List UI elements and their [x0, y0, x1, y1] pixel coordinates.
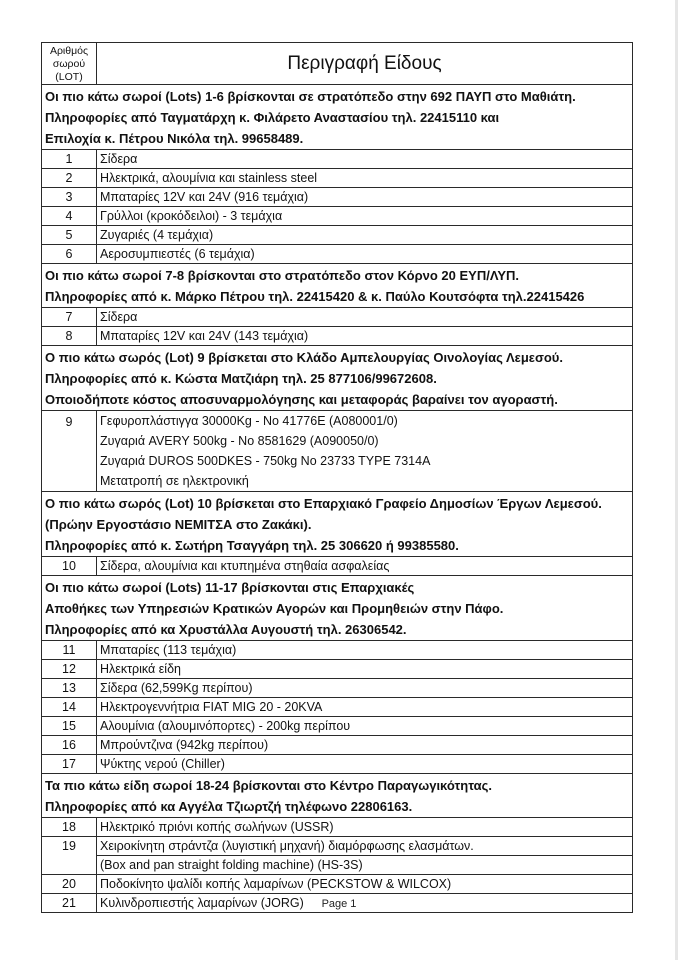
lot-row: 17Ψύκτης νερού (Chiller) — [42, 755, 633, 774]
lot-number: 6 — [42, 245, 97, 264]
lot-row: 9Γεφυροπλάστιγγα 30000Kg - No 41776E (A0… — [42, 411, 633, 492]
lot-number: 1 — [42, 150, 97, 169]
lot-description: Ζυγαριές (4 τεμάχια) — [97, 226, 633, 245]
lots-table: Αριθμός σωρού (LOT) Περιγραφή Είδους Οι … — [41, 42, 633, 913]
lot-description-line: Ποδοκίνητο ψαλίδι κοπής λαμαρίνων (PECKS… — [100, 877, 451, 891]
lot-row: 8Μπαταρίες 12V και 24V (143 τεμάχια) — [42, 327, 633, 346]
table-header-row: Αριθμός σωρού (LOT) Περιγραφή Είδους — [42, 43, 633, 85]
section-info-line: Πληροφορίες από Ταγματάρχη κ. Φιλάρετο Α… — [45, 107, 629, 128]
lot-row: 12Ηλεκτρικά είδη — [42, 660, 633, 679]
lot-number: 3 — [42, 188, 97, 207]
lot-description: Σίδερα — [97, 308, 633, 327]
lot-description-line: Ζυγαριές (4 τεμάχια) — [100, 228, 213, 242]
section-info-line: Οι πιο κάτω σωροί (Lots) 1-6 βρίσκονται … — [45, 86, 629, 107]
lot-description: Μπρούντζινα (942kg περίπου) — [97, 736, 633, 755]
section-info-line: Αποθήκες των Υπηρεσιών Κρατικών Αγορών κ… — [45, 598, 629, 619]
lot-description-line: Ηλεκτρικό πριόνι κοπής σωλήνων (USSR) — [100, 820, 334, 834]
lot-description-line: Μπαταρίες 12V και 24V (916 τεμάχια) — [100, 190, 308, 204]
lot-description: Σίδερα (62,599Kg περίπου) — [97, 679, 633, 698]
lot-row: 10Σίδερα, αλουμίνια και κτυπημένα στηθαί… — [42, 557, 633, 576]
section-info-row: Ο πιο κάτω σωρός (Lot) 9 βρίσκεται στο Κ… — [42, 346, 633, 411]
lot-row: 14Ηλεκτρογεννήτρια FIAT MIG 20 - 20KVA — [42, 698, 633, 717]
lot-number: 4 — [42, 207, 97, 226]
section-info: Οι πιο κάτω σωροί 7-8 βρίσκονται στο στρ… — [42, 264, 633, 308]
lot-number: 2 — [42, 169, 97, 188]
description-header: Περιγραφή Είδους — [97, 43, 633, 85]
section-info: Ο πιο κάτω σωρός (Lot) 10 βρίσκεται στο … — [42, 492, 633, 557]
lot-description: Γεφυροπλάστιγγα 30000Kg - No 41776E (A08… — [97, 411, 633, 492]
lot-description: (Box and pan straight folding machine) (… — [97, 856, 633, 875]
lot-description: Μπαταρίες (113 τεμάχια) — [97, 641, 633, 660]
section-info-line: Τα πιο κάτω είδη σωροί 18-24 βρίσκονται … — [45, 775, 629, 796]
lot-number: 16 — [42, 736, 97, 755]
lot-number: 17 — [42, 755, 97, 774]
lot-row: 2Ηλεκτρικά, αλουμίνια και stainless stee… — [42, 169, 633, 188]
lot-number: 13 — [42, 679, 97, 698]
section-info-line: Πληροφορίες από κ. Σωτήρη Τσαγγάρη τηλ. … — [45, 535, 629, 556]
section-info-line: Οποιοδήποτε κόστος αποσυναρμολόγησης και… — [45, 389, 629, 410]
lot-description-line: Γρύλλοι (κροκόδειλοι) - 3 τεμάχια — [100, 209, 282, 223]
section-info-row: Ο πιο κάτω σωρός (Lot) 10 βρίσκεται στο … — [42, 492, 633, 557]
lot-row: 7Σίδερα — [42, 308, 633, 327]
lot-number-header-line: σωρού — [42, 58, 96, 71]
lot-number: 7 — [42, 308, 97, 327]
lot-description: Μπαταρίες 12V και 24V (143 τεμάχια) — [97, 327, 633, 346]
section-info-line: Οι πιο κάτω σωροί 7-8 βρίσκονται στο στρ… — [45, 265, 629, 286]
section-info: Ο πιο κάτω σωρός (Lot) 9 βρίσκεται στο Κ… — [42, 346, 633, 411]
section-info-line: Ο πιο κάτω σωρός (Lot) 10 βρίσκεται στο … — [45, 493, 629, 514]
lot-row: 11Μπαταρίες (113 τεμάχια) — [42, 641, 633, 660]
lot-description-line: Ηλεκτρογεννήτρια FIAT MIG 20 - 20KVA — [100, 700, 322, 714]
lot-row: 6Αεροσυμπιεστές (6 τεμάχια) — [42, 245, 633, 264]
lot-description: Αλουμίνια (αλουμινόπορτες) - 200kg περίπ… — [97, 717, 633, 736]
section-info-line: (Πρώην Εργοστάσιο ΝΕΜΙΤΣΑ στο Ζακάκι). — [45, 514, 629, 535]
lot-description: Ηλεκτρογεννήτρια FIAT MIG 20 - 20KVA — [97, 698, 633, 717]
lot-description-line: Σίδερα — [100, 310, 137, 324]
lot-number: 8 — [42, 327, 97, 346]
lot-description: Σίδερα — [97, 150, 633, 169]
lot-number-header: Αριθμός σωρού (LOT) — [42, 43, 97, 85]
section-info-line: Ο πιο κάτω σωρός (Lot) 9 βρίσκεται στο Κ… — [45, 347, 629, 368]
lot-description-line: Μπρούντζινα (942kg περίπου) — [100, 738, 268, 752]
section-info: Τα πιο κάτω είδη σωροί 18-24 βρίσκονται … — [42, 774, 633, 818]
lot-description-line: Μετατροπή σε ηλεκτρονική — [100, 471, 632, 491]
lot-description: Ποδοκίνητο ψαλίδι κοπής λαμαρίνων (PECKS… — [97, 875, 633, 894]
section-info-row: Οι πιο κάτω σωροί 7-8 βρίσκονται στο στρ… — [42, 264, 633, 308]
section-info-row: Οι πιο κάτω σωροί (Lots) 1-6 βρίσκονται … — [42, 85, 633, 150]
lot-description: Ηλεκτρικά, αλουμίνια και stainless steel — [97, 169, 633, 188]
lot-description-line: Ζυγαριά DUROS 500DKES - 750kg No 23733 T… — [100, 451, 632, 471]
section-info-line: Πληροφορίες από κ. Μάρκο Πέτρου τηλ. 224… — [45, 286, 629, 307]
lot-description-line: Σίδερα, αλουμίνια και κτυπημένα στηθαία … — [100, 559, 389, 573]
lot-row: 4Γρύλλοι (κροκόδειλοι) - 3 τεμάχια — [42, 207, 633, 226]
lot-description-line: Αλουμίνια (αλουμινόπορτες) - 200kg περίπ… — [100, 719, 350, 733]
section-info-row: Οι πιο κάτω σωροί (Lots) 11-17 βρίσκοντα… — [42, 576, 633, 641]
lot-row: 16Μπρούντζινα (942kg περίπου) — [42, 736, 633, 755]
section-info-row: Τα πιο κάτω είδη σωροί 18-24 βρίσκονται … — [42, 774, 633, 818]
lot-description-line: Γεφυροπλάστιγγα 30000Kg - No 41776E (A08… — [100, 411, 632, 431]
lot-description-line: Ζυγαριά AVERY 500kg - No 8581629 (A09005… — [100, 431, 632, 451]
lot-row: (Box and pan straight folding machine) (… — [42, 856, 633, 875]
section-info: Οι πιο κάτω σωροί (Lots) 11-17 βρίσκοντα… — [42, 576, 633, 641]
lot-number: 9 — [42, 411, 97, 492]
lot-number-header-line: Αριθμός — [42, 45, 96, 58]
section-info-line: Πληροφορίες από κα Αγγέλα Τζιωρτζή τηλέφ… — [45, 796, 629, 817]
lot-row: 3Μπαταρίες 12V και 24V (916 τεμάχια) — [42, 188, 633, 207]
lot-row: 13Σίδερα (62,599Kg περίπου) — [42, 679, 633, 698]
lot-number: 15 — [42, 717, 97, 736]
section-info-line: Πληροφορίες από κα Χρυστάλλα Αυγουστή τη… — [45, 619, 629, 640]
lot-description-line: Μπαταρίες 12V και 24V (143 τεμάχια) — [100, 329, 308, 343]
lot-description: Ηλεκτρικά είδη — [97, 660, 633, 679]
lot-number-header-line: (LOT) — [42, 71, 96, 84]
page-number: Page 1 — [0, 898, 678, 910]
lot-row: 5Ζυγαριές (4 τεμάχια) — [42, 226, 633, 245]
lot-row: 20Ποδοκίνητο ψαλίδι κοπής λαμαρίνων (PEC… — [42, 875, 633, 894]
lot-description-line: Αεροσυμπιεστές (6 τεμάχια) — [100, 247, 255, 261]
lot-description: Γρύλλοι (κροκόδειλοι) - 3 τεμάχια — [97, 207, 633, 226]
lot-row: 19Χειροκίνητη στράντζα (λυγιστική μηχανή… — [42, 837, 633, 856]
lot-number: 12 — [42, 660, 97, 679]
lot-number: 5 — [42, 226, 97, 245]
lot-number: 19 — [42, 837, 97, 875]
lot-row: 1Σίδερα — [42, 150, 633, 169]
lot-description-line: Σίδερα — [100, 152, 137, 166]
lot-description-line: Μπαταρίες (113 τεμάχια) — [100, 643, 236, 657]
lot-description-line: Ψύκτης νερού (Chiller) — [100, 757, 225, 771]
lot-description: Σίδερα, αλουμίνια και κτυπημένα στηθαία … — [97, 557, 633, 576]
lot-description-line: Ηλεκτρικά είδη — [100, 662, 181, 676]
lot-number: 20 — [42, 875, 97, 894]
lot-description: Χειροκίνητη στράντζα (λυγιστική μηχανή) … — [97, 837, 633, 856]
lot-number: 14 — [42, 698, 97, 717]
lot-description-line: Ηλεκτρικά, αλουμίνια και stainless steel — [100, 171, 317, 185]
lot-number: 18 — [42, 818, 97, 837]
section-info-line: Οι πιο κάτω σωροί (Lots) 11-17 βρίσκοντα… — [45, 577, 629, 598]
lot-description: Ψύκτης νερού (Chiller) — [97, 755, 633, 774]
lot-number: 10 — [42, 557, 97, 576]
section-info-line: Πληροφορίες από κ. Κώστα Ματζιάρη τηλ. 2… — [45, 368, 629, 389]
lot-description: Μπαταρίες 12V και 24V (916 τεμάχια) — [97, 188, 633, 207]
lot-description: Αεροσυμπιεστές (6 τεμάχια) — [97, 245, 633, 264]
lot-number: 11 — [42, 641, 97, 660]
section-info: Οι πιο κάτω σωροί (Lots) 1-6 βρίσκονται … — [42, 85, 633, 150]
lot-description: Ηλεκτρικό πριόνι κοπής σωλήνων (USSR) — [97, 818, 633, 837]
section-info-line: Επιλοχία κ. Πέτρου Νικόλα τηλ. 99658489. — [45, 128, 629, 149]
lot-description-line: Σίδερα (62,599Kg περίπου) — [100, 681, 252, 695]
lot-row: 15Αλουμίνια (αλουμινόπορτες) - 200kg περ… — [42, 717, 633, 736]
lot-row: 18Ηλεκτρικό πριόνι κοπής σωλήνων (USSR) — [42, 818, 633, 837]
